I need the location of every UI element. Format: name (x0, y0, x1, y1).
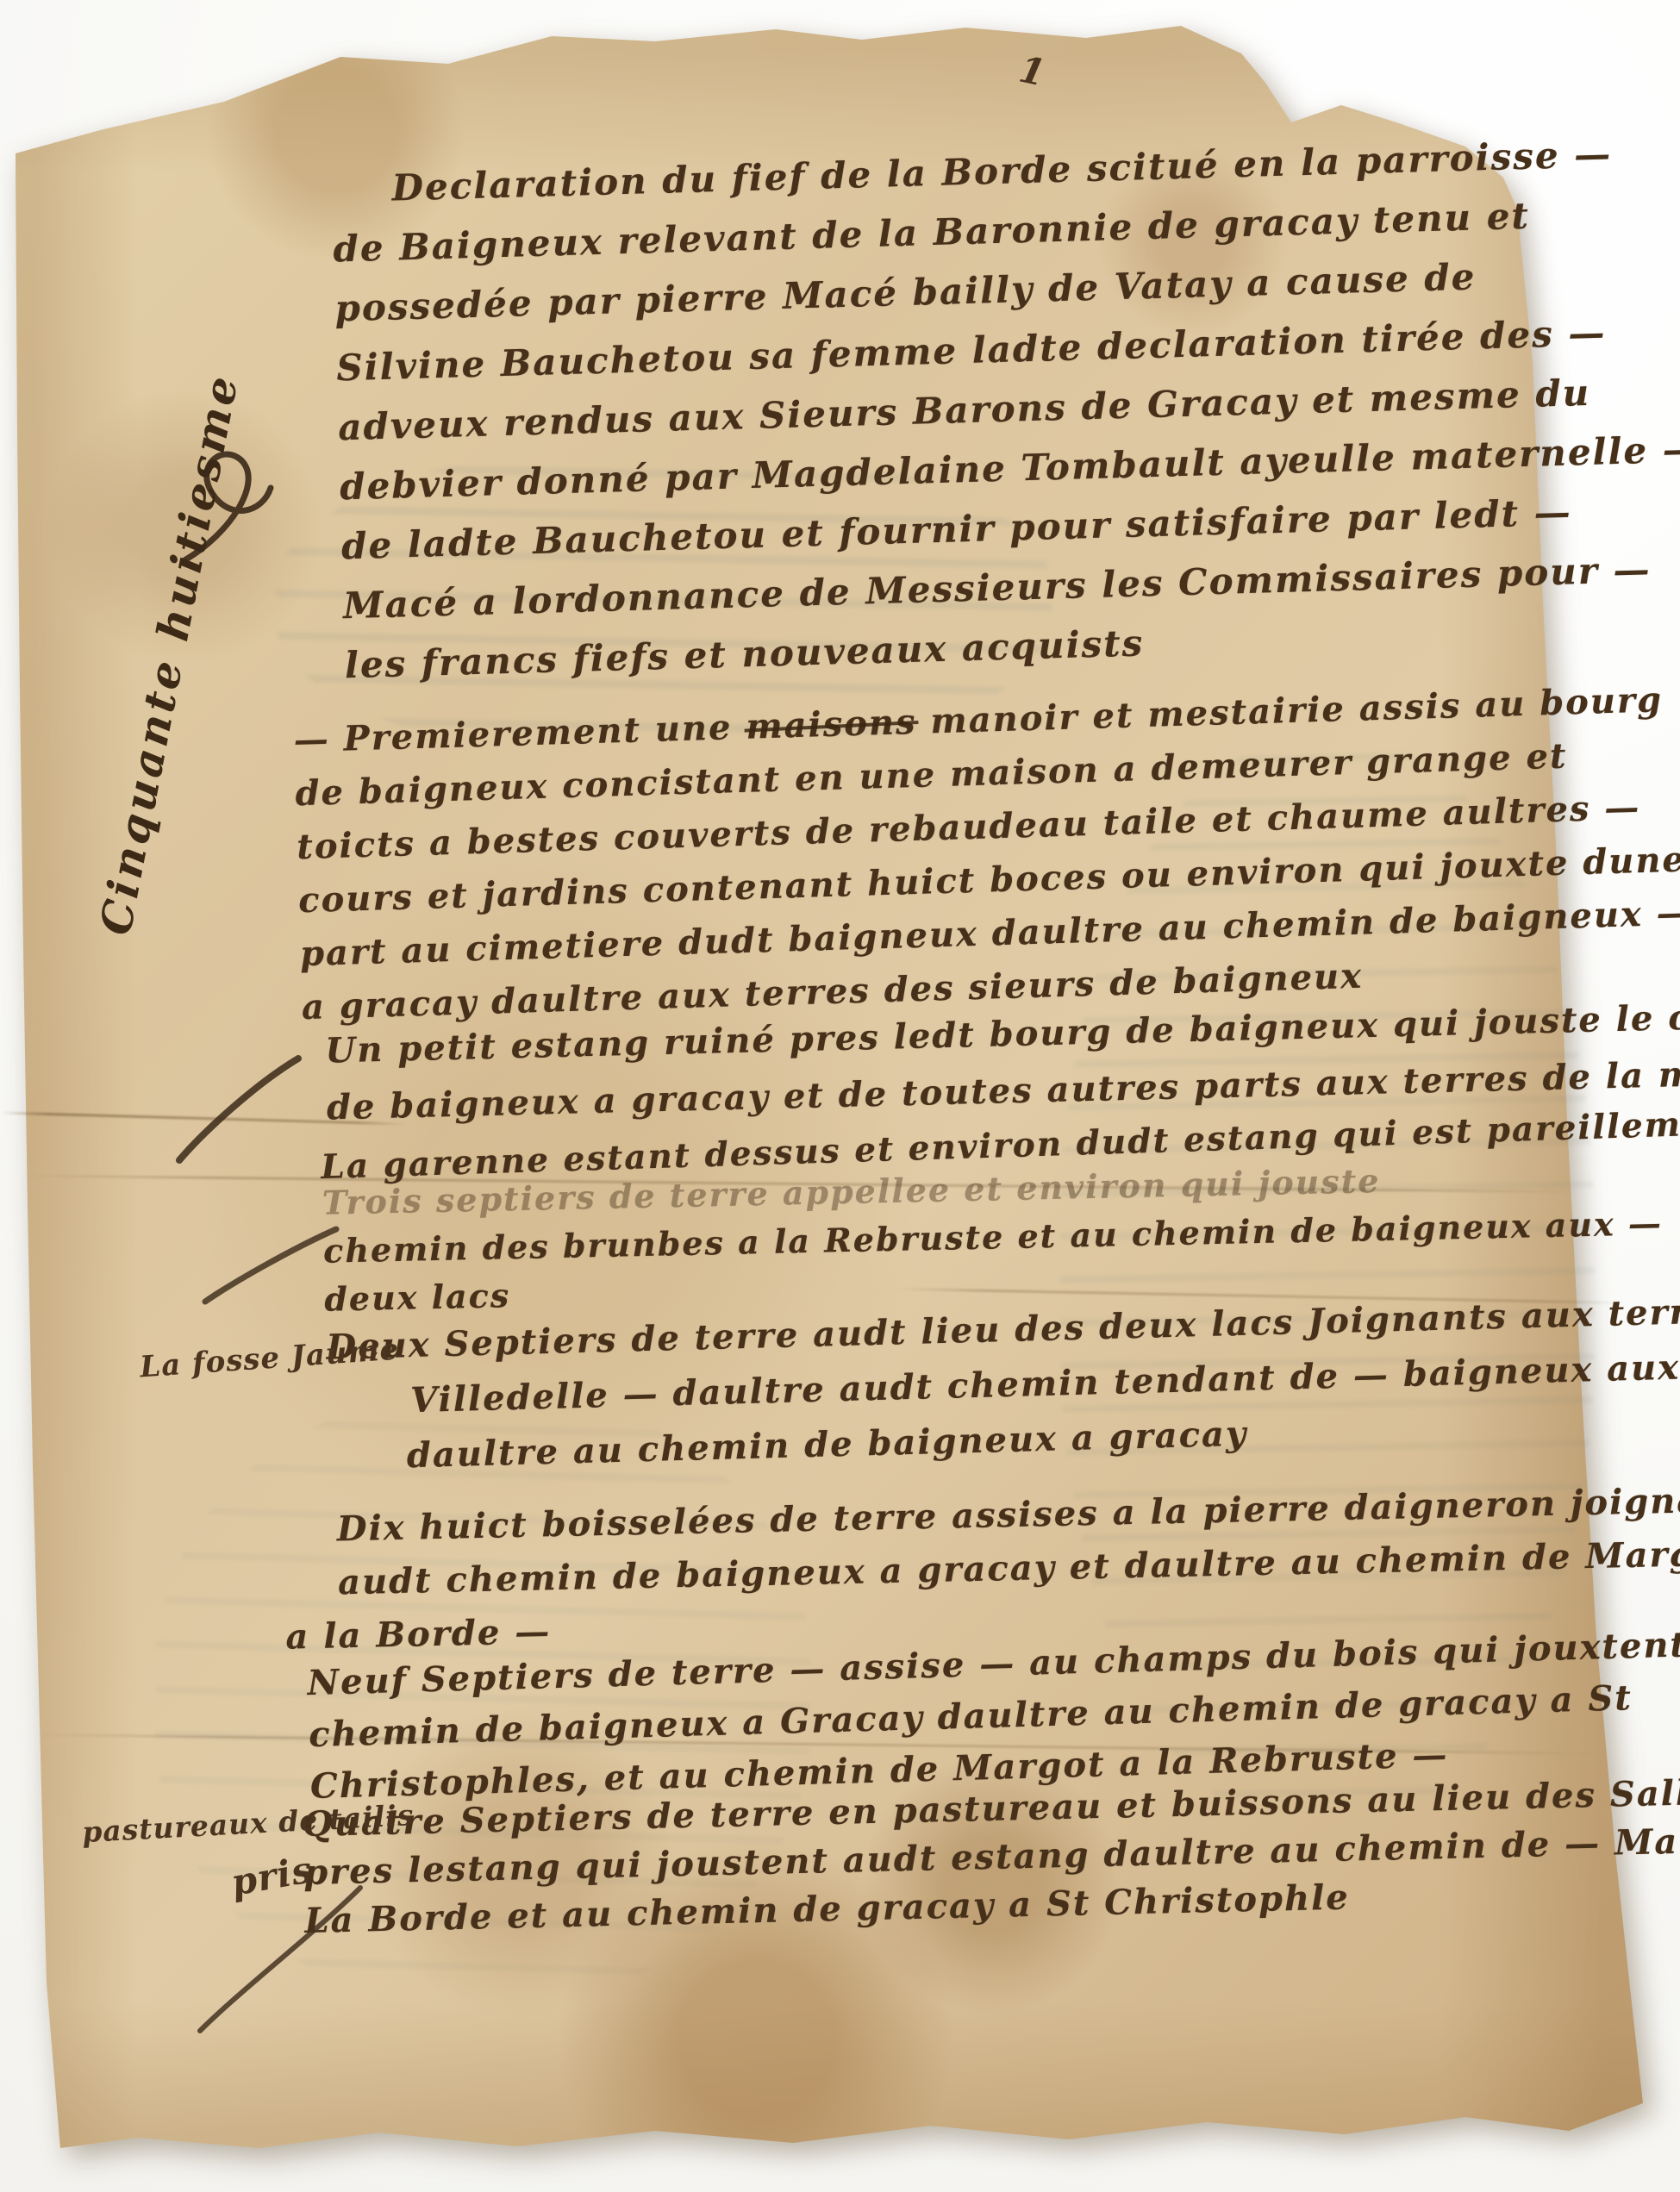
paragraph: — Premierement une maisons manoir et mes… (293, 676, 1595, 1034)
scanned-manuscript-page: 1 Cinquante huitiesme Declaration du fie… (0, 0, 1680, 2192)
paragraph: Declaration du fief de la Borde scitué e… (331, 125, 1604, 696)
struck-out-word: maisons (746, 702, 918, 747)
paraph-flourish-icon (169, 431, 281, 578)
check-flourish-icon (169, 1050, 307, 1171)
paragraph: Quatre Septiers de terre en pastureau et… (302, 1771, 1597, 1945)
paragraph: Deux Septiers de terre audt lieu des deu… (326, 1286, 1623, 1485)
text-segment: — Premierement une (293, 707, 746, 761)
